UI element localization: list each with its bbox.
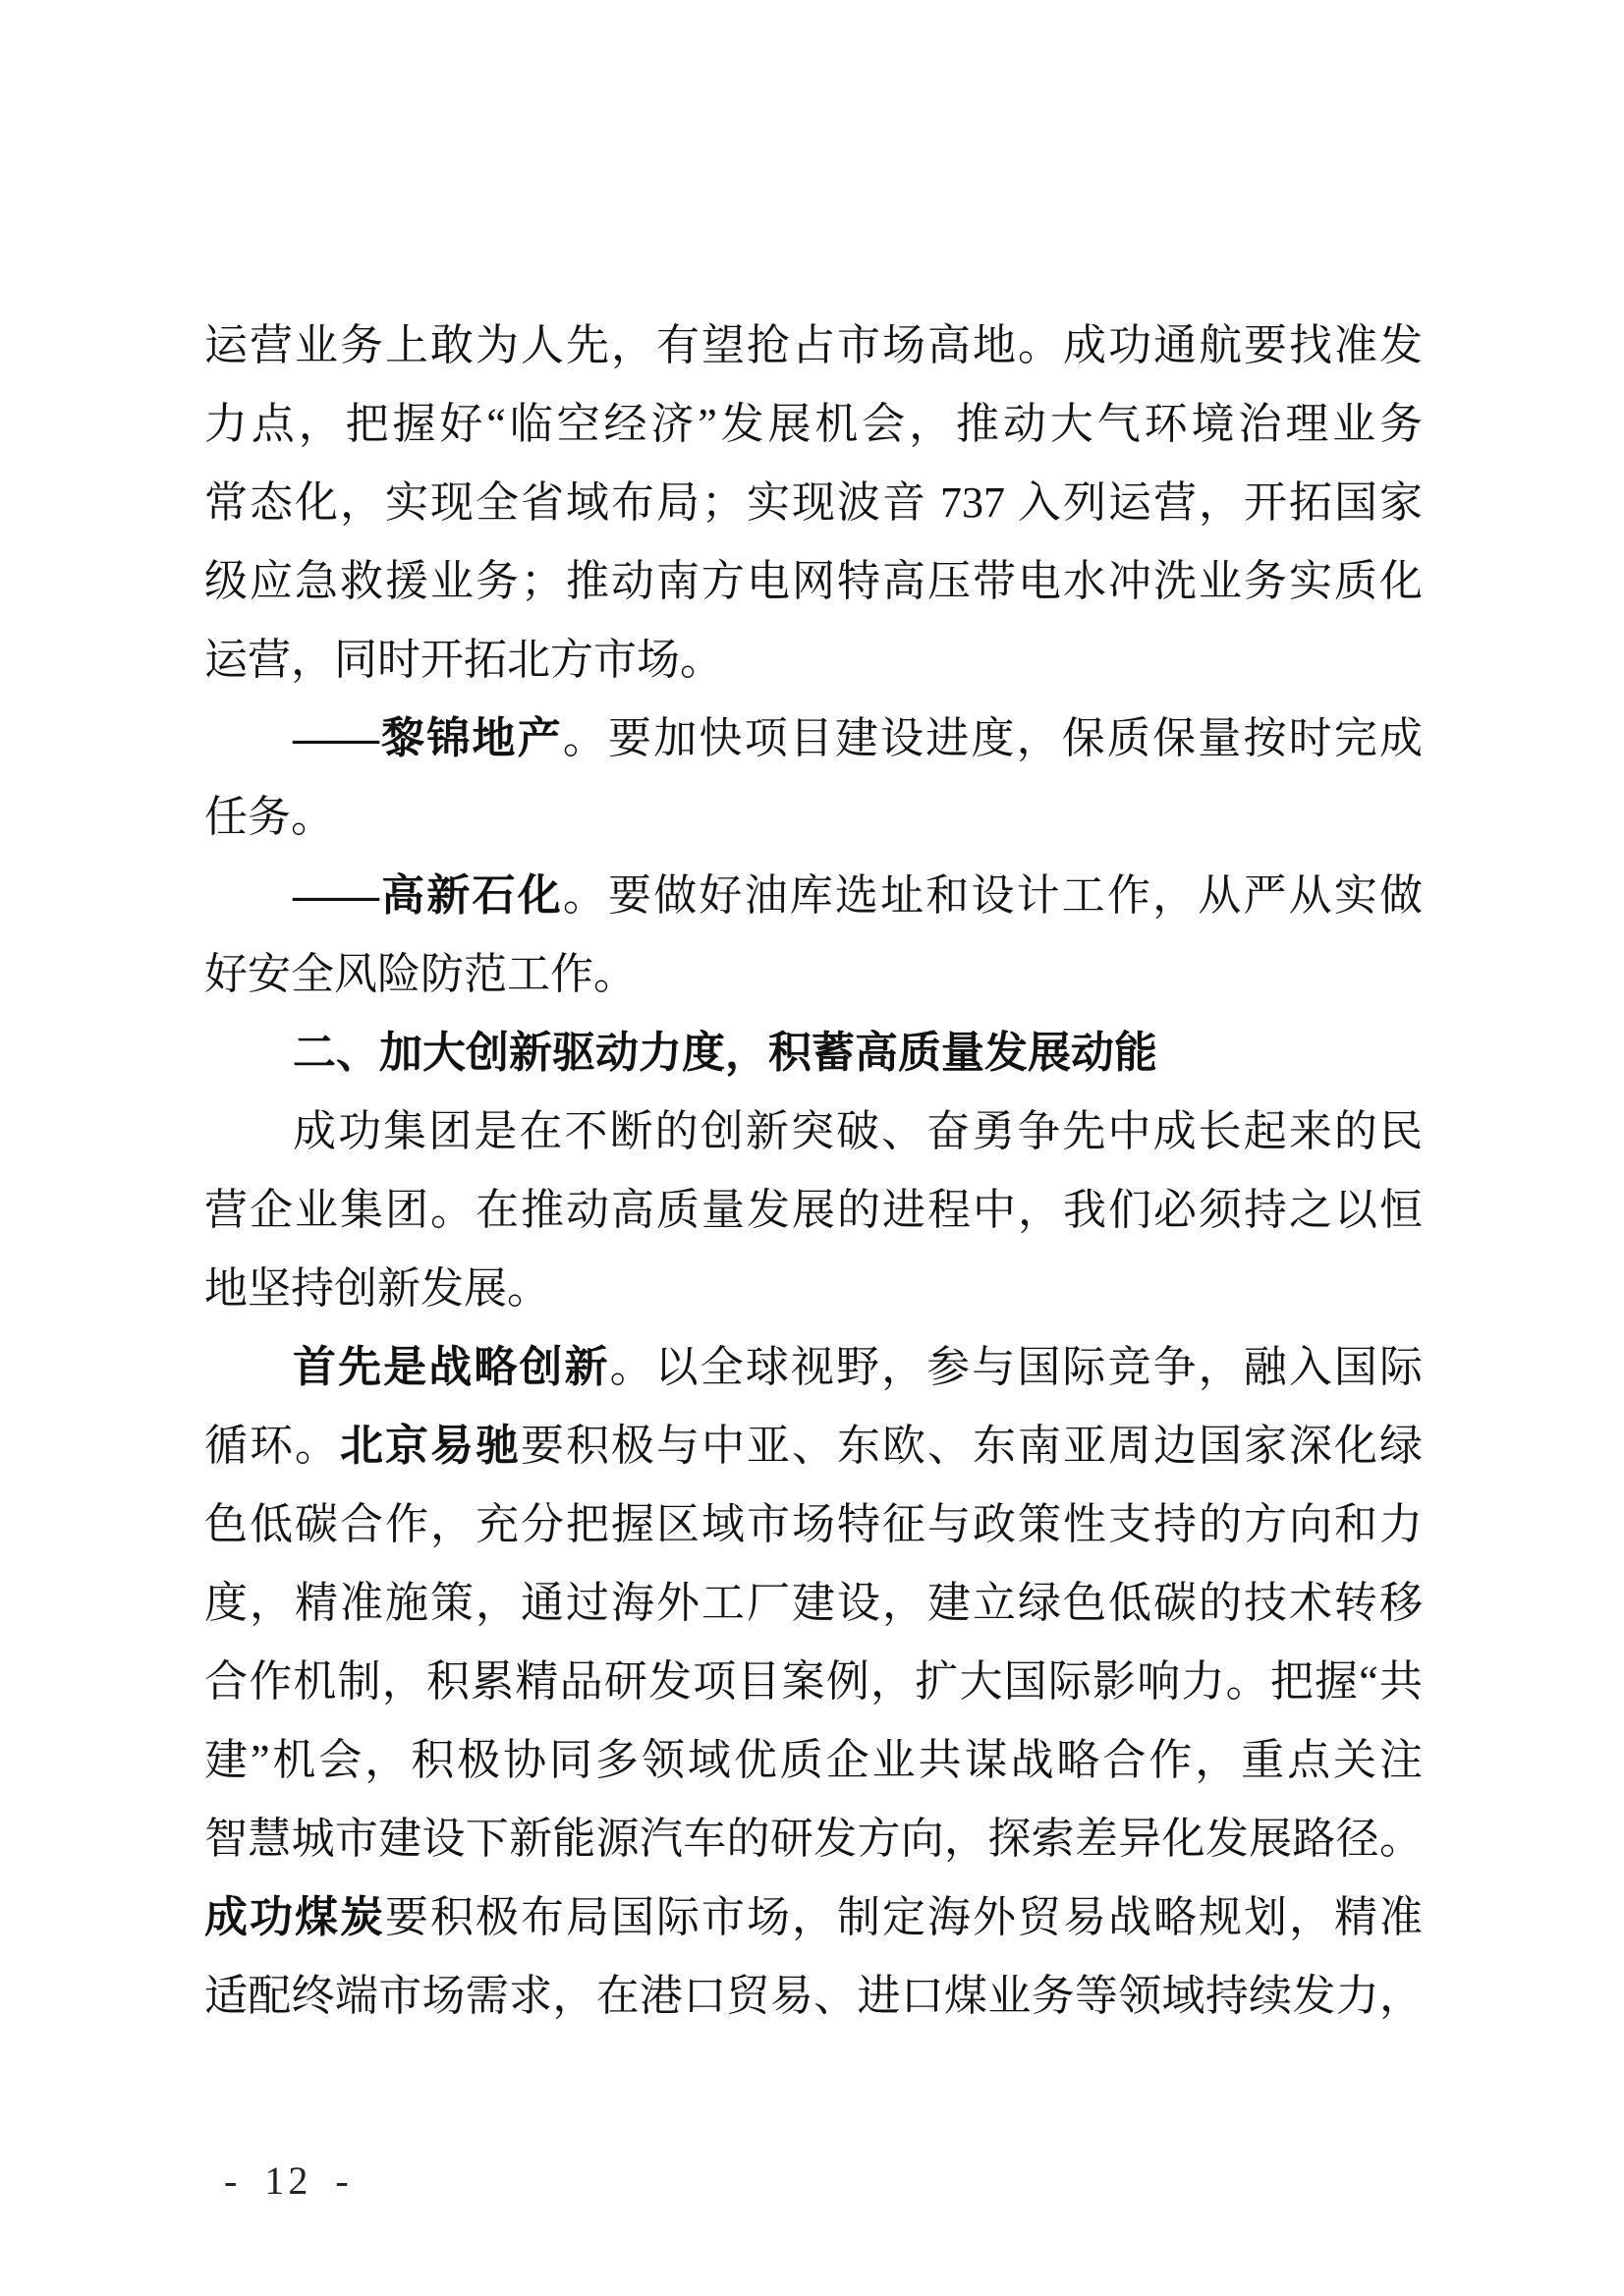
emphasis-text: 首先是战略创新	[293, 1343, 610, 1391]
text-line: ——黎锦地产。要加快项目建设进度，保质保量按时完成	[204, 700, 1423, 778]
section-heading: 二、加大创新驱动力度，积蓄高质量发展动能	[204, 1014, 1423, 1092]
text-line: 建”机会，积极协同多领域优质企业共谋战略合作，重点关注	[204, 1721, 1423, 1800]
text-line: 力点，把握好“临空经济”发展机会，推动大气环境治理业务	[204, 385, 1423, 464]
document-body: 运营业务上敢为人先，有望抢占市场高地。成功通航要找准发力点，把握好“临空经济”发…	[204, 307, 1423, 2036]
body-text: 。要做好油库选址和设计工作，从严从实做	[563, 871, 1423, 920]
text-line: 首先是战略创新。以全球视野，参与国际竞争，融入国际	[204, 1328, 1423, 1407]
emphasis-text: 北京易驰	[340, 1422, 521, 1470]
body-text: 任务。	[204, 793, 334, 841]
body-text: 适配终端市场需求，在港口贸易、进口煤业务等领域持续发力，	[204, 1972, 1423, 2020]
body-text: 建”机会，积极协同多领域优质企业共谋战略合作，重点关注	[204, 1736, 1423, 1784]
body-text: 地坚持创新发展。	[204, 1264, 550, 1313]
body-text: 力点，把握好“临空经济”发展机会，推动大气环境治理业务	[204, 400, 1423, 448]
body-text: 色低碳合作，充分把握区域市场特征与政策性支持的方向和力	[204, 1500, 1423, 1548]
body-text: 。以全球视野，参与国际竞争，融入国际	[610, 1343, 1423, 1391]
text-line: 度，精准施策，通过海外工厂建设，建立绿色低碳的技术转移	[204, 1564, 1423, 1643]
body-text: 常态化，实现全省域布局；实现波音 737 入列运营，开拓国家	[204, 478, 1423, 527]
body-text: 要积极布局国际市场，制定海外贸易战略规划，精准	[385, 1893, 1423, 1941]
text-line: 智慧城市建设下新能源汽车的研发方向，探索差异化发展路径。	[204, 1800, 1423, 1878]
text-line: ——高新石化。要做好油库选址和设计工作，从严从实做	[204, 857, 1423, 935]
text-line: 循环。北京易驰要积极与中亚、东欧、东南亚周边国家深化绿	[204, 1407, 1423, 1485]
body-text: 要积极与中亚、东欧、东南亚周边国家深化绿	[521, 1422, 1423, 1470]
text-line: 好安全风险防范工作。	[204, 935, 1423, 1014]
text-line: 运营业务上敢为人先，有望抢占市场高地。成功通航要找准发	[204, 307, 1423, 385]
emphasis-text: 二、加大创新驱动力度，积蓄高质量发展动能	[293, 1029, 1157, 1077]
text-line: 地坚持创新发展。	[204, 1250, 1423, 1328]
body-text: 智慧城市建设下新能源汽车的研发方向，探索差异化发展路径。	[204, 1815, 1423, 1863]
text-line: 成功集团是在不断的创新突破、奋勇争先中成长起来的民	[204, 1092, 1423, 1171]
emphasis-text: ——黎锦地产	[293, 714, 563, 762]
body-text: 运营业务上敢为人先，有望抢占市场高地。成功通航要找准发	[204, 321, 1423, 369]
page-number: - 12 -	[224, 2157, 353, 2205]
text-line: 合作机制，积累精品研发项目案例，扩大国际影响力。把握“共	[204, 1643, 1423, 1721]
document-page: 运营业务上敢为人先，有望抢占市场高地。成功通航要找准发力点，把握好“临空经济”发…	[0, 0, 1624, 2296]
emphasis-text: ——高新石化	[293, 871, 563, 920]
emphasis-text: 成功煤炭	[204, 1893, 385, 1941]
body-text: 运营，同时开拓北方市场。	[204, 636, 723, 684]
body-text: 。要加快项目建设进度，保质保量按时完成	[563, 714, 1423, 762]
text-line: 适配终端市场需求，在港口贸易、进口煤业务等领域持续发力，	[204, 1957, 1423, 2036]
body-text: 营企业集团。在推动高质量发展的进程中，我们必须持之以恒	[204, 1186, 1423, 1234]
text-line: 级应急救援业务；推动南方电网特高压带电水冲洗业务实质化	[204, 542, 1423, 621]
body-text: 好安全风险防范工作。	[204, 950, 637, 998]
text-line: 常态化，实现全省域布局；实现波音 737 入列运营，开拓国家	[204, 464, 1423, 542]
body-text: 度，精准施策，通过海外工厂建设，建立绿色低碳的技术转移	[204, 1579, 1423, 1627]
text-line: 色低碳合作，充分把握区域市场特征与政策性支持的方向和力	[204, 1485, 1423, 1564]
text-line: 运营，同时开拓北方市场。	[204, 621, 1423, 700]
text-line: 营企业集团。在推动高质量发展的进程中，我们必须持之以恒	[204, 1171, 1423, 1250]
body-text: 合作机制，积累精品研发项目案例，扩大国际影响力。把握“共	[204, 1657, 1423, 1706]
text-line: 成功煤炭要积极布局国际市场，制定海外贸易战略规划，精准	[204, 1878, 1423, 1957]
body-text: 循环。	[204, 1422, 340, 1470]
text-line: 任务。	[204, 778, 1423, 857]
body-text: 级应急救援业务；推动南方电网特高压带电水冲洗业务实质化	[204, 557, 1423, 605]
body-text: 成功集团是在不断的创新突破、奋勇争先中成长起来的民	[293, 1107, 1423, 1155]
